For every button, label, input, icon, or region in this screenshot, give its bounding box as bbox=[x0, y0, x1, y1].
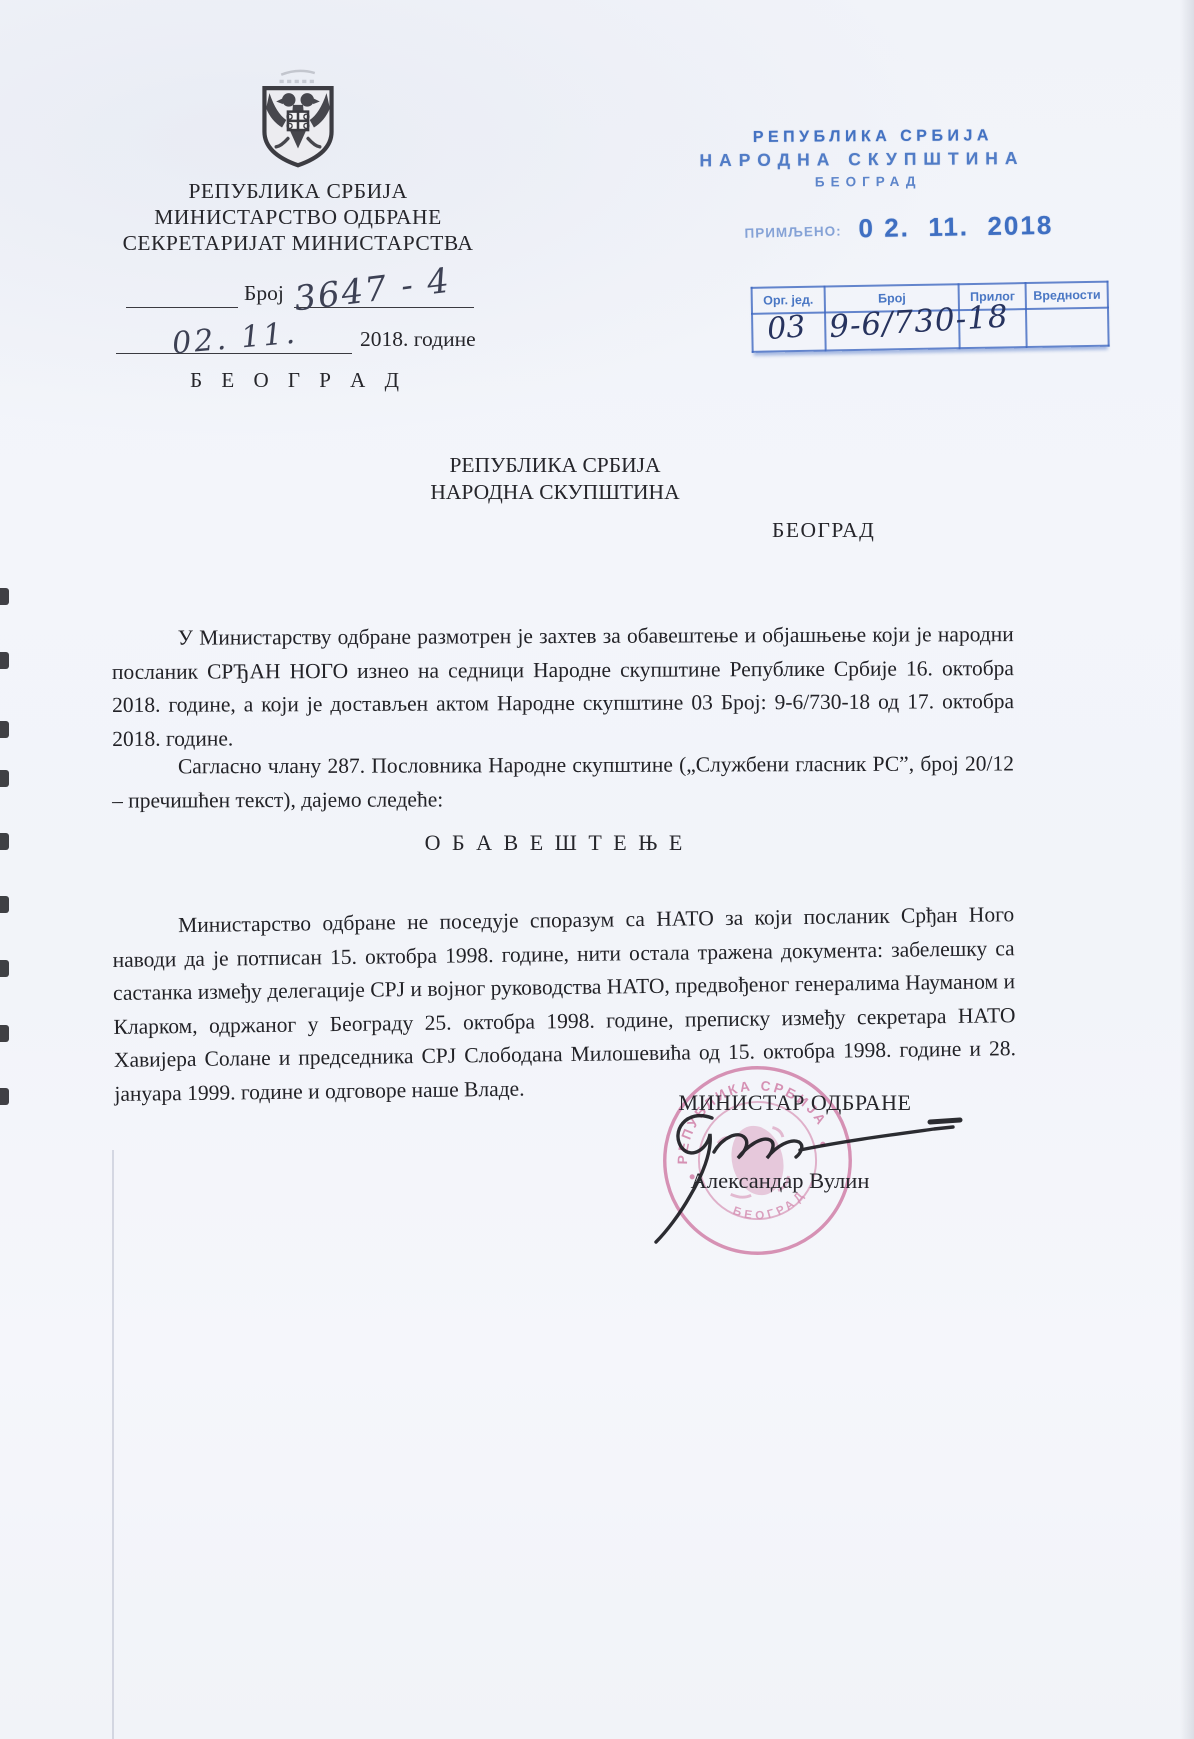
addressee-country: РЕПУБЛИКА СРБИЈА bbox=[0, 452, 1110, 479]
handwritten-org-unit: 03 bbox=[766, 309, 807, 347]
receipt-country: РЕПУБЛИКА СРБИЈА bbox=[708, 127, 1038, 147]
scan-edge-mark bbox=[0, 721, 9, 738]
addressee-assembly: НАРОДНА СКУПШТИНА bbox=[0, 479, 1110, 506]
minister-name: Александар Вулин bbox=[640, 1168, 920, 1194]
scan-edge-mark bbox=[0, 652, 9, 669]
receipt-assembly: НАРОДНА СКУПШТИНА bbox=[682, 148, 1042, 172]
scanned-letter-page: РЕПУБЛИКА СРБИЈА МИНИСТАРСТВО ОДБРАНЕ СЕ… bbox=[0, 0, 1194, 1739]
scan-edge-mark bbox=[0, 588, 9, 605]
letterhead-number-row: Број 3647 - 4 bbox=[98, 270, 498, 314]
letterhead-ministry: МИНИСТАРСТВО ОДБРАНЕ bbox=[98, 204, 498, 230]
serbia-coat-of-arms-icon bbox=[256, 68, 340, 172]
scan-edge-mark bbox=[0, 960, 9, 977]
handwritten-date: 02. 11. bbox=[171, 316, 300, 362]
notice-heading: О Б А В Е Ш Т Е Њ Е bbox=[0, 830, 1110, 856]
paragraph-legal-basis: Сагласно члану 287. Пословника Народне с… bbox=[112, 747, 1014, 817]
receipt-stamp: РЕПУБЛИКА СРБИЈА НАРОДНА СКУПШТИНА БЕОГР… bbox=[668, 126, 1108, 190]
letterhead: РЕПУБЛИКА СРБИЈА МИНИСТАРСТВО ОДБРАНЕ СЕ… bbox=[98, 68, 498, 393]
paragraph-notice-body: Министарство одбране не поседује споразу… bbox=[112, 898, 1017, 1111]
paper-fold-line bbox=[112, 1150, 114, 1739]
number-label: Број bbox=[244, 281, 284, 306]
scan-edge-mark bbox=[0, 1088, 9, 1105]
addressee-city: БЕОГРАД bbox=[772, 518, 875, 543]
scan-edge-mark bbox=[0, 770, 9, 787]
scan-edge-mark bbox=[0, 1025, 9, 1042]
received-label: ПРИМЉЕНО: bbox=[744, 223, 842, 240]
letterhead-country: РЕПУБЛИКА СРБИЈА bbox=[98, 178, 498, 204]
receipt-col-vrednosti: Вредности bbox=[1026, 282, 1108, 309]
handwritten-number: 3647 - 4 bbox=[292, 261, 453, 320]
received-date-stamp: 0 2. 11. 2018 bbox=[858, 210, 1053, 244]
scan-edge-shade bbox=[1180, 0, 1194, 1739]
receipt-city: БЕОГРАД bbox=[778, 174, 958, 190]
scan-edge-mark bbox=[0, 896, 9, 913]
letterhead-city: Б Е О Г Р А Д bbox=[98, 368, 498, 393]
year-label: 2018. године bbox=[360, 327, 476, 352]
letterhead-date-row: 02. 11. 2018. године bbox=[98, 318, 498, 360]
letterhead-secretariat: СЕКРЕТАРИЈАТ МИНИСТАРСТВА bbox=[98, 230, 498, 256]
paragraph-request: У Министарству одбране размотрен је захт… bbox=[112, 618, 1015, 756]
document-addressee: РЕПУБЛИКА СРБИЈА НАРОДНА СКУПШТИНА bbox=[0, 452, 1110, 506]
ruled-line bbox=[126, 307, 238, 308]
receipt-cell-vrednosti bbox=[1026, 308, 1108, 347]
